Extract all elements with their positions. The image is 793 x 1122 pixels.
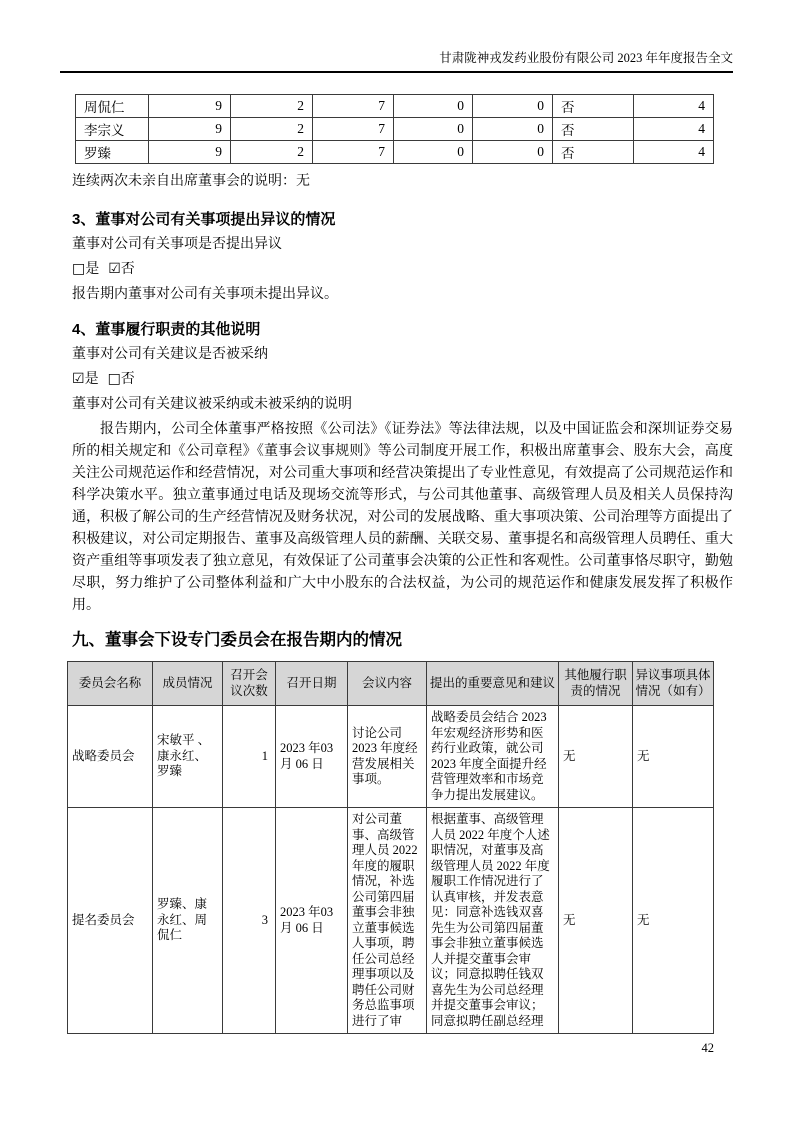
other-duty-cell: 无: [559, 808, 633, 1034]
section-4-paragraph: 报告期内，公司全体董事严格按照《公司法》《证券法》等法律法规，以及中国证监会和深…: [72, 419, 733, 617]
column-header: 提出的重要意见和建议: [427, 662, 559, 706]
column-header: 委员会名称: [68, 662, 153, 706]
committee-table: 委员会名称 成员情况 召开会议次数 召开日期 会议内容 提出的重要意见和建议 其…: [67, 661, 714, 1034]
table-cell: 0: [394, 95, 473, 118]
meeting-count-cell: 3: [223, 808, 276, 1034]
column-header: 其他履行职责的情况: [559, 662, 633, 706]
option-yes-label: 是: [85, 262, 99, 277]
opinion-cell: 战略委员会结合 2023 年宏观经济形势和医药行业政策，就公司 2023 年度全…: [427, 706, 559, 808]
objection-cell: 无: [633, 808, 714, 1034]
table-cell: 4: [634, 118, 714, 141]
section-3-statement: 报告期内董事对公司有关事项未提出异议。: [72, 285, 733, 305]
other-duty-cell: 无: [559, 706, 633, 808]
page-number: 42: [702, 1041, 715, 1056]
table-cell: 9: [149, 141, 231, 164]
table-cell: 否: [553, 141, 634, 164]
director-name-cell: 周侃仁: [76, 95, 149, 118]
table-cell: 否: [553, 95, 634, 118]
column-header: 召开会议次数: [223, 662, 276, 706]
table-cell: 2: [231, 141, 313, 164]
column-header: 会议内容: [348, 662, 427, 706]
table-cell: 4: [634, 141, 714, 164]
table-cell: 9: [149, 95, 231, 118]
column-header: 召开日期: [276, 662, 348, 706]
committee-table-header-row: 委员会名称 成员情况 召开会议次数 召开日期 会议内容 提出的重要意见和建议 其…: [68, 662, 714, 706]
meeting-content-cell: 讨论公司 2023 年度经营发展相关事项。: [348, 706, 427, 808]
committee-row-strategy: 战略委员会 宋敏平 、康永红、罗臻 1 2023 年03 月 06 日 讨论公司…: [68, 706, 714, 808]
option-yes-label: 是: [85, 372, 99, 387]
section-4-answer: ☑是□否: [72, 369, 733, 390]
committee-name-cell: 战略委员会: [68, 706, 153, 808]
table-cell: 2: [231, 118, 313, 141]
members-cell: 罗臻、康永红、周侃仁: [153, 808, 223, 1034]
table-cell: 0: [473, 141, 553, 164]
page-header: 甘肃陇神戎发药业股份有限公司 2023 年年度报告全文: [60, 0, 733, 73]
column-header: 成员情况: [153, 662, 223, 706]
table-cell: 7: [313, 118, 394, 141]
section-3-answer: □是☑否: [72, 259, 733, 280]
table-cell: 0: [394, 141, 473, 164]
section-4-heading: 4、董事履行职责的其他说明: [72, 320, 733, 340]
table-cell: 否: [553, 118, 634, 141]
option-no-label: 否: [121, 372, 135, 387]
checkbox-checked-icon: ☑: [72, 371, 85, 387]
checkbox-unchecked-icon: □: [108, 371, 121, 387]
director-name-cell: 罗臻: [76, 141, 149, 164]
section-3-heading: 3、董事对公司有关事项提出异议的情况: [72, 210, 733, 230]
section-9-heading: 九、董事会下设专门委员会在报告期内的情况: [72, 629, 733, 651]
checkbox-checked-icon: ☑: [108, 261, 121, 277]
section-4-statement: 董事对公司有关建议被采纳或未被采纳的说明: [72, 395, 733, 415]
table-cell: 9: [149, 118, 231, 141]
director-name-cell: 李宗义: [76, 118, 149, 141]
table-cell: 7: [313, 141, 394, 164]
column-header: 异议事项具体情况（如有）: [633, 662, 714, 706]
section-4-question: 董事对公司有关建议是否被采纳: [72, 345, 733, 365]
report-header-title: 甘肃陇神戎发药业股份有限公司 2023 年年度报告全文: [439, 51, 733, 65]
checkbox-unchecked-icon: □: [72, 261, 85, 277]
attendance-table: 周侃仁 9 2 7 0 0 否 4 李宗义 9 2 7 0 0 否 4 罗臻: [75, 94, 714, 164]
table-cell: 0: [394, 118, 473, 141]
table-row: 李宗义 9 2 7 0 0 否 4: [76, 118, 714, 141]
committee-name-cell: 提名委员会: [68, 808, 153, 1034]
meeting-content-cell: 对公司董事、高级管理人员 2022 年度的履职情况，补选公司第四届董事会非独立董…: [348, 808, 427, 1034]
table-cell: 0: [473, 95, 553, 118]
objection-cell: 无: [633, 706, 714, 808]
table-cell: 7: [313, 95, 394, 118]
opinion-cell: 根据董事、高级管理人员 2022 年度个人述职情况，对董事及高级管理人员 202…: [427, 808, 559, 1034]
meeting-count-cell: 1: [223, 706, 276, 808]
committee-row-nomination: 提名委员会 罗臻、康永红、周侃仁 3 2023 年03 月 06 日 对公司董事…: [68, 808, 714, 1034]
table-cell: 2: [231, 95, 313, 118]
option-no-label: 否: [121, 262, 135, 277]
section-3-question: 董事对公司有关事项是否提出异议: [72, 235, 733, 255]
absence-note: 连续两次未亲自出席董事会的说明：无: [72, 172, 733, 192]
members-cell: 宋敏平 、康永红、罗臻: [153, 706, 223, 808]
meeting-date-cell: 2023 年03 月 06 日: [276, 706, 348, 808]
table-cell: 0: [473, 118, 553, 141]
table-row: 周侃仁 9 2 7 0 0 否 4: [76, 95, 714, 118]
table-cell: 4: [634, 95, 714, 118]
table-row: 罗臻 9 2 7 0 0 否 4: [76, 141, 714, 164]
meeting-date-cell: 2023 年03 月 06 日: [276, 808, 348, 1034]
report-page: 甘肃陇神戎发药业股份有限公司 2023 年年度报告全文 周侃仁 9 2 7 0 …: [0, 0, 793, 1122]
